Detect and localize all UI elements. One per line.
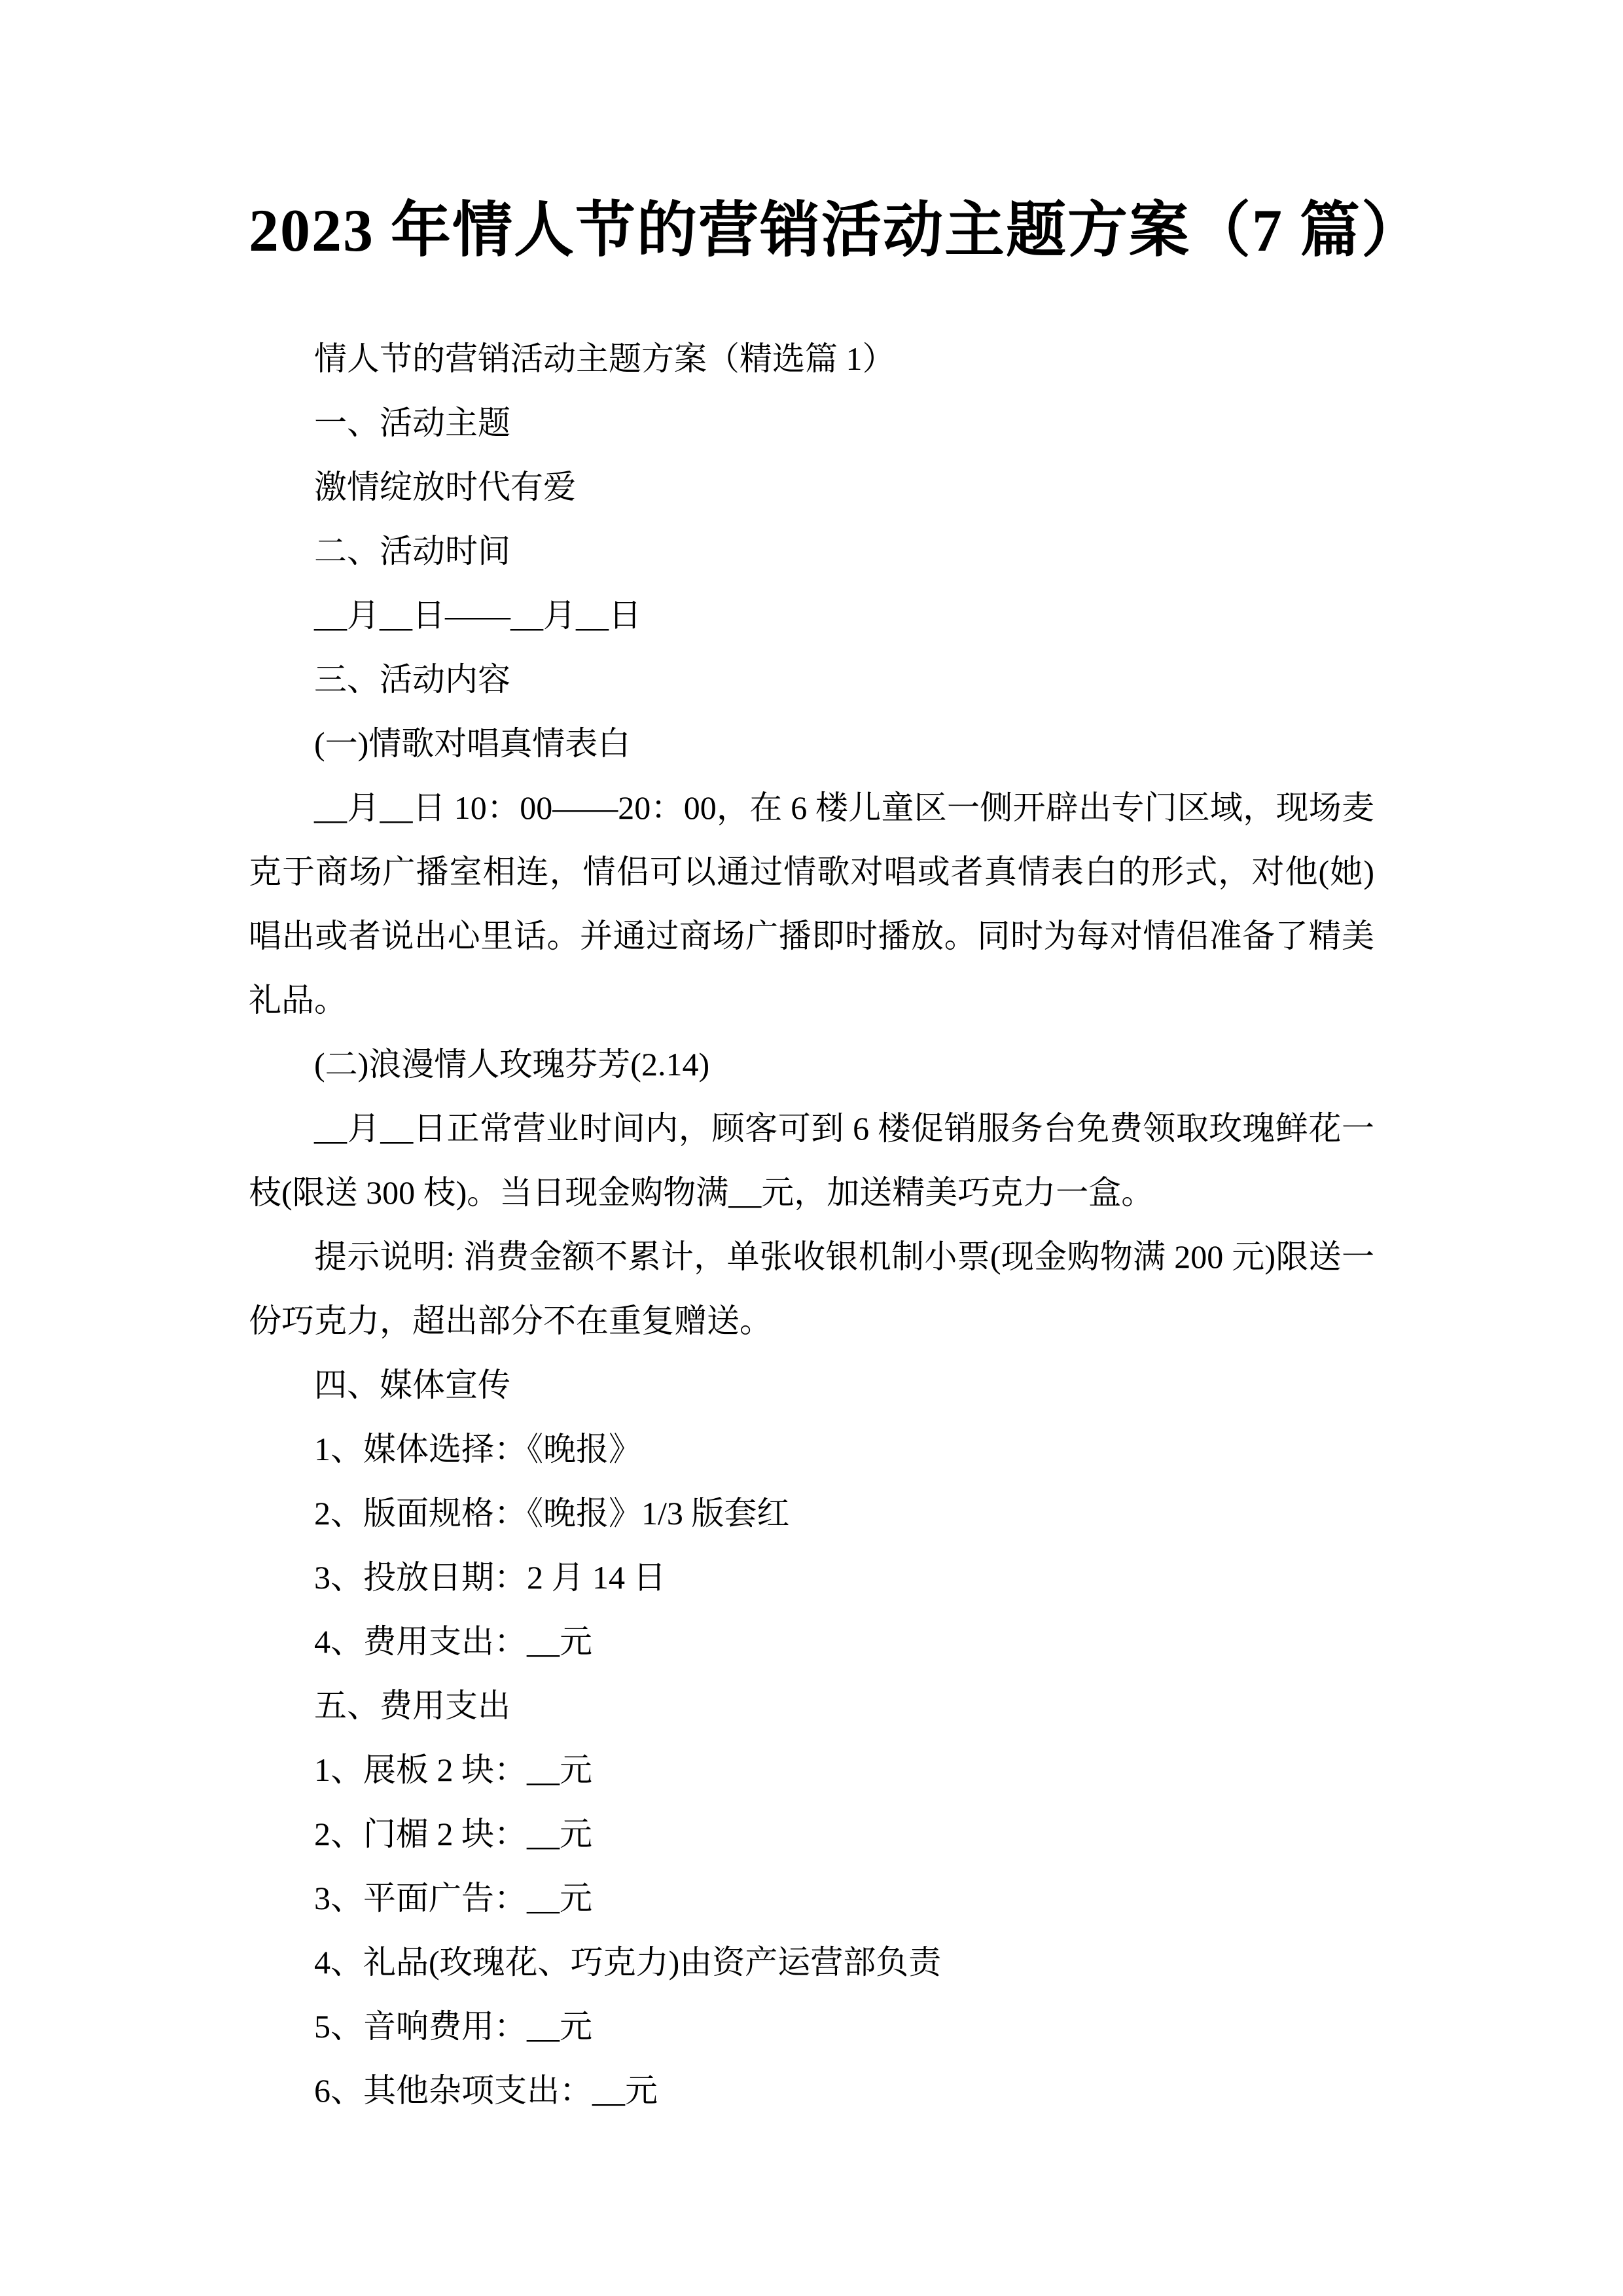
doc-subtitle-selection-1: 情人节的营销活动主题方案（精选篇 1） — [249, 327, 1374, 391]
para-media-choice: 1、媒体选择：《晚报》 — [249, 1417, 1374, 1481]
para-theme-slogan: 激情绽放时代有爱 — [249, 455, 1374, 519]
para-love-song-duet-detail: __月__日 10：00——20：00，在 6 楼儿童区一侧开辟出专门区域，现场… — [249, 776, 1374, 1032]
heading-activity-content: 三、活动内容 — [249, 647, 1374, 711]
document-content: 2023 年情人节的营销活动主题方案（7 篇） 情人节的营销活动主题方案（精选篇… — [0, 0, 1623, 2123]
para-cost-gifts: 4、礼品(玫瑰花、巧克力)由资产运营部负责 — [249, 1930, 1374, 1994]
heading-activity-theme: 一、活动主题 — [249, 391, 1374, 455]
para-media-cost: 4、费用支出：__元 — [249, 1609, 1374, 1674]
para-layout-spec: 2、版面规格：《晚报》1/3 版套红 — [249, 1481, 1374, 1545]
heading-media-promotion: 四、媒体宣传 — [249, 1353, 1374, 1417]
para-tip-note: 提示说明: 消费金额不累计，单张收银机制小票(现金购物满 200 元)限送一份巧… — [249, 1225, 1374, 1353]
document-body: 情人节的营销活动主题方案（精选篇 1） 一、活动主题 激情绽放时代有爱 二、活动… — [249, 327, 1374, 2123]
para-cost-audio: 5、音响费用：__元 — [249, 1994, 1374, 2058]
para-activity-time-blank: __月__日——__月__日 — [249, 583, 1374, 647]
para-cost-display-boards: 1、展板 2 块：__元 — [249, 1738, 1374, 1802]
document-page: 2023 年情人节的营销活动主题方案（7 篇） 情人节的营销活动主题方案（精选篇… — [0, 0, 1623, 2296]
para-cost-misc: 6、其他杂项支出：__元 — [249, 2058, 1374, 2123]
para-launch-date: 3、投放日期：2 月 14 日 — [249, 1545, 1374, 1609]
subheading-romantic-rose: (二)浪漫情人玫瑰芬芳(2.14) — [249, 1032, 1374, 1096]
para-cost-door-lintels: 2、门楣 2 块：__元 — [249, 1802, 1374, 1866]
para-romantic-rose-detail: __月__日正常营业时间内，顾客可到 6 楼促销服务台免费领取玫瑰鲜花一枝(限送… — [249, 1096, 1374, 1225]
subheading-love-song-duet: (一)情歌对唱真情表白 — [249, 711, 1374, 776]
page-title: 2023 年情人节的营销活动主题方案（7 篇） — [249, 0, 1374, 270]
heading-activity-time: 二、活动时间 — [249, 519, 1374, 583]
heading-cost-expenditure: 五、费用支出 — [249, 1674, 1374, 1738]
para-cost-print-ad: 3、平面广告：__元 — [249, 1866, 1374, 1930]
